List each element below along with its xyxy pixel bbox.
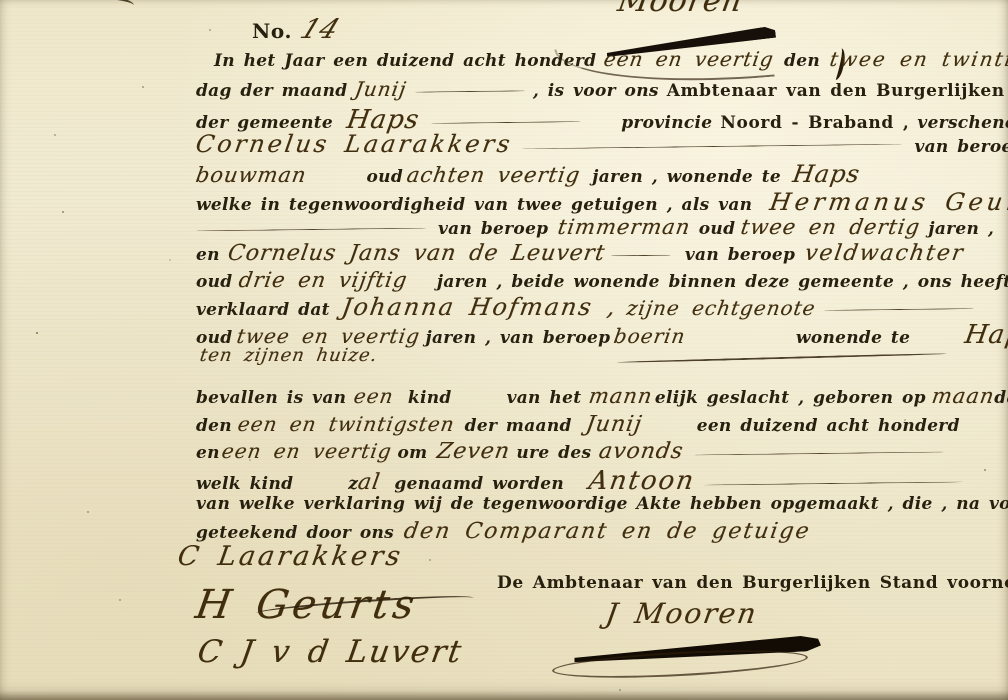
signature-text: C Laarakkers bbox=[176, 541, 406, 572]
entry-day-ordinal: twee en twintigsten bbox=[828, 47, 1008, 71]
ruled-dash bbox=[617, 352, 947, 363]
act-number-line: No. 14 bbox=[252, 14, 338, 45]
entry-witness1-name: Hermanus Geurts bbox=[768, 188, 1008, 216]
line-birth: bevallen is van een kind van het mann el… bbox=[196, 384, 1008, 408]
printed-text: welke in tegenwoordigheid van twee getui… bbox=[196, 195, 752, 215]
entry-birth-month: Junij bbox=[584, 412, 644, 437]
entry-mother-name: Johanna Hofmans , bbox=[340, 293, 619, 321]
printed-text: ure des bbox=[516, 443, 591, 463]
printed-text: jaren , bbox=[928, 219, 994, 239]
handwritten-entry: al bbox=[356, 470, 382, 495]
line-witness2-age: oud drie en vijftig jaren , beide wonend… bbox=[196, 268, 1008, 292]
printed-text: en bbox=[196, 245, 220, 265]
entry-mother-residence: Haps bbox=[963, 320, 1008, 350]
printed-text: der maand bbox=[465, 416, 572, 436]
printed-text: van het bbox=[507, 388, 582, 408]
entry-declarant-residence: Haps bbox=[791, 160, 862, 188]
line-closing: van welke verklaring wij de tegenwoordig… bbox=[196, 494, 1008, 514]
printed-text: welk kind bbox=[196, 474, 293, 494]
official-title-line: De Ambtenaar van den Burgerlijken Stand … bbox=[497, 573, 1008, 593]
printed-text: jaren , wonende te bbox=[592, 167, 781, 187]
printed-text: en bbox=[196, 443, 220, 463]
printed-text: kind bbox=[408, 388, 452, 408]
printed-text: om bbox=[398, 443, 428, 463]
entry-birth-weekday: maan bbox=[930, 384, 996, 408]
entry-witness1-age: twee en dertig bbox=[739, 215, 922, 239]
entry-birth-year-suffix: een en veertig bbox=[220, 439, 394, 463]
line-mother: verklaard dat Johanna Hofmans , zijne ec… bbox=[196, 293, 974, 321]
entry-declarant-profession: bouwman bbox=[194, 163, 308, 187]
printed-text: dag der maand bbox=[196, 81, 347, 101]
line-witness2: en Cornelus Jans van de Leuvert van bero… bbox=[196, 241, 965, 266]
entry-birth-hour: Zeven bbox=[436, 439, 513, 464]
printed-text: van beroep bbox=[685, 245, 795, 265]
line-year: In het Jaar een duizend acht honderd een… bbox=[214, 47, 1008, 71]
printed-text: genaamd worden bbox=[394, 474, 564, 494]
entry-child-count: een bbox=[352, 384, 395, 408]
printed-text: den bbox=[784, 51, 820, 71]
act-number-value: 14 bbox=[296, 14, 345, 45]
entry-declarant-name: Cornelus Laarakkers bbox=[194, 130, 515, 158]
signature-official: J Mooren bbox=[606, 597, 758, 630]
entry-month: Junij bbox=[354, 77, 409, 101]
act-number-label: No. bbox=[252, 19, 292, 43]
entry-mother-relation: zijne echtgenote bbox=[625, 296, 817, 320]
printed-text: van beroep bbox=[438, 219, 548, 239]
printed-text: oud bbox=[699, 219, 736, 239]
printed-text: van beroep bbox=[914, 137, 1008, 157]
entry-residence-note: ten zijnen huize. bbox=[198, 345, 379, 366]
entry-witness2-age: drie en vijftig bbox=[237, 268, 409, 292]
line-declarant: Cornelus Laarakkers van beroep bbox=[196, 130, 1008, 158]
line-month: dag der maand Junij , is voor ons Ambten… bbox=[196, 77, 1008, 101]
printed-text: oud bbox=[367, 167, 404, 187]
entry-year: een en veertig bbox=[602, 47, 776, 71]
top-signature-scribble: Mooren bbox=[615, 0, 745, 19]
official-title: De Ambtenaar van den Burgerlijken Stand … bbox=[497, 573, 1008, 593]
entry-witness2-name: Cornelus Jans van de Leuvert bbox=[226, 241, 607, 266]
printed-text: oud bbox=[196, 272, 233, 292]
signature-text: C J v d Luvert bbox=[195, 634, 465, 670]
line-declarant-profession: bouwman oud achten veertig jaren , wonen… bbox=[196, 160, 860, 188]
printed-text: van welke verklaring wij de tegenwoordig… bbox=[196, 494, 1008, 514]
entry-declarant-age: achten veertig bbox=[405, 163, 582, 187]
printed-text: elijk geslacht , geboren op bbox=[655, 388, 926, 408]
signature-witness2: C J v d Luvert bbox=[198, 634, 463, 670]
ruled-dash bbox=[703, 481, 963, 485]
entry-witness1-profession: timmerman bbox=[556, 215, 692, 239]
ruled-dash bbox=[196, 227, 426, 231]
printed-text: verklaard dat bbox=[196, 300, 330, 320]
printed-text: bevallen is van bbox=[196, 388, 346, 408]
entry-signed-by: den Comparant en de getuige bbox=[402, 519, 813, 544]
ruled-dash bbox=[522, 143, 902, 149]
line-birthtime: en een en veertig om Zeven ure des avond… bbox=[196, 439, 944, 464]
ruled-dash bbox=[415, 90, 525, 92]
entry-birth-daypart: avonds bbox=[597, 439, 685, 464]
printed-text: jaren , beide wonende binnen deze gemeen… bbox=[437, 272, 1008, 292]
printed-text: dag bbox=[994, 388, 1008, 408]
birth-certificate-page: Mooren No. 14 In het Jaar een duizend ac… bbox=[0, 0, 1008, 700]
signature-text: J Mooren bbox=[603, 597, 760, 630]
line-child-name: welk kind z al genaamd worden Antoon bbox=[196, 466, 963, 496]
line-residence: ten zijnen huize. bbox=[200, 345, 947, 366]
ruled-dash bbox=[611, 255, 671, 257]
line-witnesses-intro: welke in tegenwoordigheid van twee getui… bbox=[196, 188, 1008, 216]
ruled-dash bbox=[823, 308, 973, 311]
ruled-dash bbox=[694, 451, 944, 455]
printed-text: , is voor ons bbox=[533, 81, 659, 101]
printed-text: In het Jaar een duizend acht honderd bbox=[214, 51, 596, 71]
ink-mark bbox=[83, 0, 134, 12]
entry-child-name: Antoon bbox=[587, 466, 698, 496]
line-witness1: van beroep timmerman oud twee en dertig … bbox=[196, 215, 994, 239]
ruled-dash bbox=[431, 121, 581, 124]
entry-witness2-profession: veldwachter bbox=[803, 241, 966, 266]
printed-text: den bbox=[196, 416, 232, 436]
entry-child-gender: mann bbox=[587, 384, 654, 408]
entry-birth-day: een en twintigsten bbox=[236, 412, 456, 436]
line-birthdate: den een en twintigsten der maand Junij e… bbox=[196, 412, 960, 437]
printed-text: geteekend door ons bbox=[196, 523, 394, 543]
printed-text: Ambtenaar van den Burgerlijken Stand , bbox=[667, 81, 1008, 101]
signature-comparant: C Laarakkers bbox=[178, 541, 403, 572]
printed-text: een duizend acht honderd bbox=[697, 416, 960, 436]
